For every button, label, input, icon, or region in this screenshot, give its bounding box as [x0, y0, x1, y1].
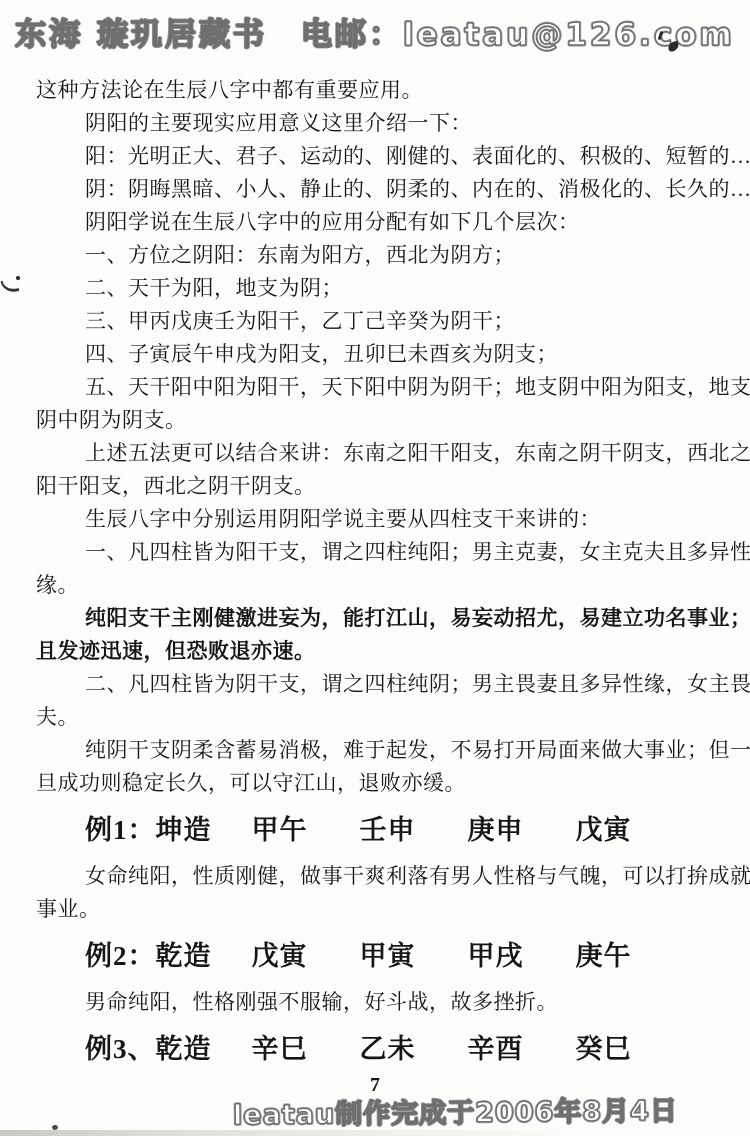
body-line: 男命纯阳，性格刚强不服输，好斗战，故多挫折。: [36, 986, 720, 1019]
body-line: 阳：光明正大、君子、运动的、刚健的、表面化的、积极的、短暂的……: [36, 140, 720, 173]
scan-edge-artifact: [0, 1130, 750, 1136]
body-line: 缘。: [36, 569, 720, 602]
body-line: 阳干阳支，西北之阴干阴支。: [36, 470, 720, 503]
body-line: 五、天干阳中阳为阳干，天下阳中阴为阴干；地支阴中阳为阳支，地支: [36, 371, 720, 404]
header-watermark: 东海 璇玑居藏书 电邮：leatau@126.com: [0, 9, 750, 54]
page-body: 这种方法论在生辰八字中都有重要应用。 阴阳的主要现实应用意义这里介绍一下： 阳：…: [36, 74, 720, 1079]
pillar-year: 辛巳: [252, 1031, 308, 1067]
pillar-day: 辛酉: [468, 1031, 524, 1067]
pillar-month: 壬申: [360, 812, 416, 848]
body-line: 二、凡四柱皆为阴干支，谓之四柱纯阴；男主畏妻且多异性缘，女主畏: [36, 668, 720, 701]
example-row: 例1：坤造 甲午 壬申 庚申 戊寅: [85, 812, 720, 848]
body-line: 女命纯阳，性质刚健，做事干爽利落有男人性格与气魄，可以打拚成就: [36, 860, 720, 893]
pillar-hour: 癸巳: [576, 1031, 632, 1067]
example-row: 例3、乾造 辛巳 乙未 辛酉 癸巳: [85, 1031, 720, 1067]
body-line: 纯阳支干主刚健激进妄为，能打江山，易妄动招尤，易建立功名事业；: [36, 602, 720, 635]
pillar-hour: 戊寅: [576, 812, 632, 848]
body-line: 生辰八字中分别运用阴阳学说主要从四柱支干来讲的：: [36, 503, 720, 536]
body-line: 二、天干为阳，地支为阴；: [36, 272, 720, 305]
body-line: 旦成功则稳定长久，可以守江山，退败亦缓。: [36, 767, 720, 800]
body-line: 一、凡四柱皆为阳干支，谓之四柱纯阳；男主克妻，女主克夫且多异性: [36, 536, 720, 569]
body-line: 四、子寅辰午申戌为阳支，丑卯巳未酉亥为阴支；: [36, 338, 720, 371]
body-line: 一、方位之阴阳：东南为阳方，西北为阴方；: [36, 239, 720, 272]
body-line: 三、甲丙戊庚壬为阳干，乙丁己辛癸为阴干；: [36, 305, 720, 338]
pillar-day: 甲戌: [468, 938, 524, 974]
pillar-month: 乙未: [360, 1031, 416, 1067]
body-line: 上述五法更可以结合来讲：东南之阳干阳支，东南之阴干阴支，西北之: [36, 437, 720, 470]
example-label: 例2：乾造: [85, 938, 212, 974]
body-line: 夫。: [36, 701, 720, 734]
example-row: 例2：乾造 戊寅 甲寅 甲戌 庚午: [85, 938, 720, 974]
body-line: 事业。: [36, 893, 720, 926]
example-label: 例1：坤造: [85, 812, 212, 848]
pillar-year: 甲午: [252, 812, 308, 848]
pillar-day: 庚申: [468, 812, 524, 848]
pillar-hour: 庚午: [576, 938, 632, 974]
body-line: 纯阴干支阴柔含蓄易消极，难于起发，不易打开局面来做大事业；但一: [36, 734, 720, 767]
body-line: 阴中阴为阴支。: [36, 404, 720, 437]
body-line: 阴阳的主要现实应用意义这里介绍一下：: [36, 107, 720, 140]
scanned-book-page: 东海 璇玑居藏书 电邮：leatau@126.com 这种方法论在生辰八字中都有…: [0, 0, 750, 1136]
pillar-month: 甲寅: [360, 938, 416, 974]
body-line: 且发迹迅速，但恐败退亦速。: [36, 635, 720, 668]
body-line: 阴阳学说在生辰八字中的应用分配有如下几个层次：: [36, 206, 720, 239]
body-line: 阴：阴晦黑暗、小人、静止的、阴柔的、内在的、消极化的、长久的……: [36, 173, 720, 206]
example-label: 例3、乾造: [85, 1031, 212, 1067]
page-number: 7: [0, 1074, 750, 1097]
pillar-year: 戊寅: [252, 938, 308, 974]
body-line: 这种方法论在生辰八字中都有重要应用。: [36, 74, 720, 107]
ink-speck: [16, 276, 20, 280]
